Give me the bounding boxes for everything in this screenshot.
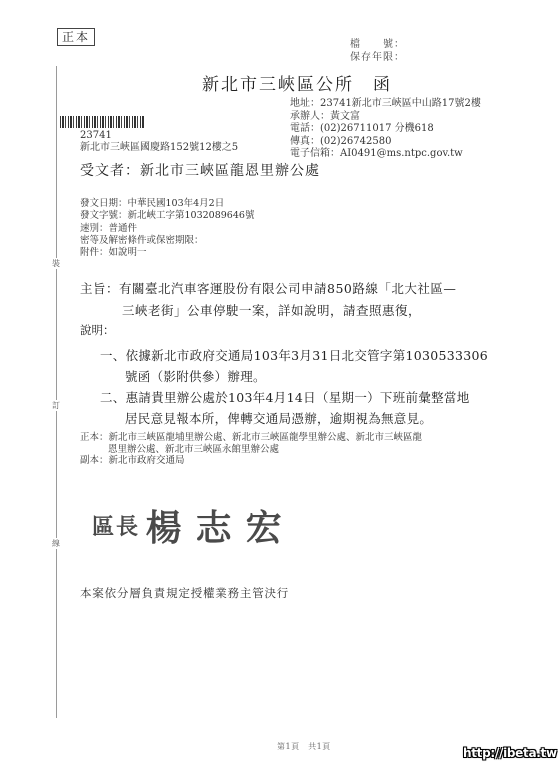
binding-line (56, 66, 57, 718)
file-meta: 檔 號： 保存年限： (350, 38, 405, 64)
explanation-label: 說明： (80, 322, 115, 338)
copy-recipients: 副本：新北市政府交通局 (80, 455, 422, 467)
doc-number: 發文字號：新北峽工字第1032089646號 (80, 210, 254, 222)
speed-class: 速別：普通件 (80, 223, 254, 235)
distribution: 正本：新北市三峽區龍埔里辦公處、新北市三峽區龍學里辦公處、新北市三峽區龍 恩里辦… (80, 432, 422, 467)
explanation-item-2: 二、惠請貴里辦公處於103年4月14日（星期一）下班前彙整當地 居民意見報本所，… (100, 387, 488, 429)
explanation-item-2-line-2: 居民意見報本所，俾轉交通局憑辦，逾期視為無意見。 (100, 408, 488, 429)
binding-mark-zhuang: 裝 (52, 258, 60, 269)
barcode (60, 116, 145, 128)
subject: 主旨：有關臺北汽車客運股份有限公司申請850路線「北大社區— 三峽老街」公車停駛… (80, 278, 456, 322)
handler: 承辦人：黃文富 (290, 111, 481, 124)
signature-name: 楊志宏 (146, 508, 296, 549)
secrecy-level: 密等及解密條件或保密期限： (80, 235, 254, 247)
recipient: 受文者：新北市三峽區龍恩里辦公處 (80, 160, 320, 180)
address: 地址：23741新北市三峽區中山路17號2樓 (290, 98, 481, 111)
issue-date: 發文日期：中華民國103年4月2日 (80, 198, 254, 210)
explanation-item-1: 一、依據新北市政府交通局103年3月31日北交管字第1030533306 號函（… (100, 345, 488, 387)
explanation-item-1-line-2: 號函（影附供參）辦理。 (100, 366, 488, 387)
original-copy-stamp: 正本 (57, 28, 95, 46)
signature-seal: 區長 楊志宏 (92, 500, 296, 551)
explanation-item-1-line-1: 一、依據新北市政府交通局103年3月31日北交管字第1030533306 (100, 345, 488, 366)
phone: 電話：(02)26711017 分機618 (290, 123, 481, 136)
delegation-note: 本案依分層負責規定授權業務主管決行 (80, 585, 289, 601)
attachment: 附件：如說明一 (80, 247, 254, 259)
watermark: http://ibeta.tw (463, 746, 557, 760)
page-number: 第1頁 共1頁 (277, 741, 331, 752)
contact-info: 地址：23741新北市三峽區中山路17號2樓 承辦人：黃文富 電話：(02)26… (290, 98, 481, 161)
explanation-list: 一、依據新北市政府交通局103年3月31日北交管字第1030533306 號函（… (100, 345, 488, 429)
fax: 傳真：(02)26742580 (290, 136, 481, 149)
signature-title: 區長 (92, 515, 140, 540)
binding-mark-ding: 訂 (52, 400, 60, 411)
explanation-item-2-line-1: 二、惠請貴里辦公處於103年4月14日（星期一）下班前彙整當地 (100, 387, 488, 408)
original-recipients-line-1: 正本：新北市三峽區龍埔里辦公處、新北市三峽區龍學里辦公處、新北市三峽區龍 (80, 432, 422, 444)
email: 電子信箱：AI0491@ms.ntpc.gov.tw (290, 148, 481, 161)
mailing-address: 新北市三峽區國慶路152號12樓之5 (80, 142, 238, 154)
binding-mark-xian: 線 (52, 538, 60, 549)
subject-line-1: 主旨：有關臺北汽車客運股份有限公司申請850路線「北大社區— (80, 278, 456, 300)
file-number-label: 檔 號： (350, 38, 405, 51)
document-title: 新北市三峽區公所 函 (202, 70, 392, 95)
subject-line-2: 三峽老街」公車停駛一案，詳如說明，請查照惠復， (80, 300, 456, 322)
original-recipients-line-2: 恩里辦公處、新北市三峽區永館里辦公處 (80, 444, 422, 456)
issue-meta: 發文日期：中華民國103年4月2日 發文字號：新北峽工字第1032089646號… (80, 198, 254, 259)
retention-period-label: 保存年限： (350, 51, 405, 64)
mailing-postal-code: 23741 (80, 130, 112, 142)
